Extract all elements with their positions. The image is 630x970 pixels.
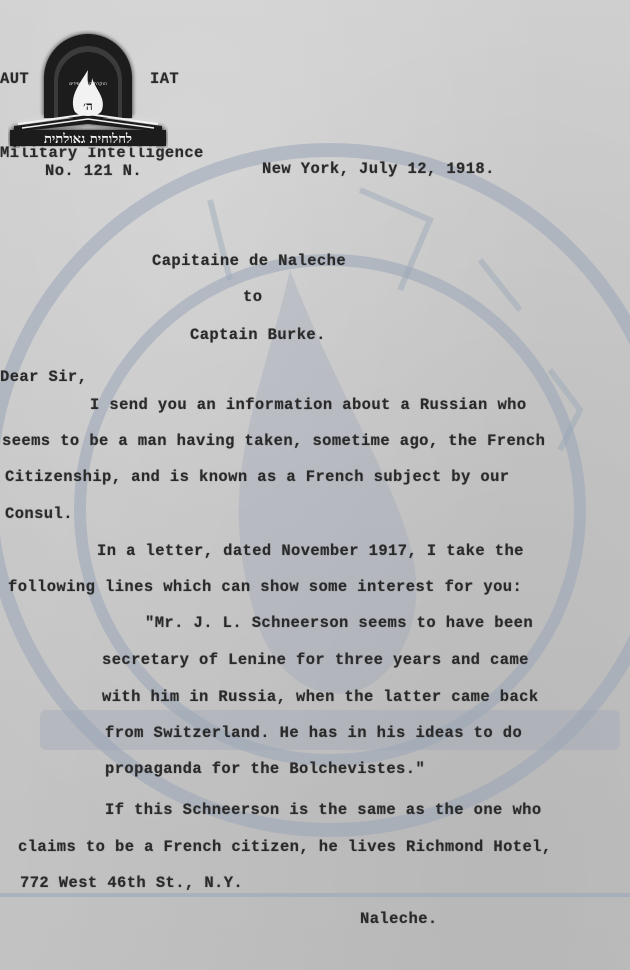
signature: Naleche. — [360, 910, 438, 928]
body-line: seems to be a man having taken, sometime… — [2, 432, 545, 450]
quote-line: "Mr. J. L. Schneerson seems to have been — [145, 614, 533, 632]
fold-line — [0, 893, 630, 897]
quote-line: from Switzerland. He has in his ideas to… — [105, 724, 522, 742]
dateline: New York, July 12, 1918. — [262, 160, 495, 178]
body-line: Citizenship, and is known as a French su… — [5, 468, 509, 486]
body-line: In a letter, dated November 1917, I take… — [97, 542, 524, 560]
closing-line: 772 West 46th St., N.Y. — [20, 874, 243, 892]
letterhead-number: No. 121 N. — [45, 162, 142, 180]
from-line: Capitaine de Naleche — [152, 252, 346, 270]
body-line: following lines which can show some inte… — [8, 578, 522, 596]
quote-line: with him in Russia, when the latter came… — [102, 688, 539, 706]
logo-center-letters: ה׳ — [83, 99, 93, 113]
salutation: Dear Sir, — [0, 368, 87, 386]
closing-line: claims to be a French citizen, he lives … — [18, 838, 552, 856]
body-line: I send you an information about a Russia… — [90, 396, 527, 414]
quote-line: propaganda for the Bolchevistes." — [105, 760, 425, 778]
quote-line: secretary of Lenine for three years and … — [102, 651, 529, 669]
to-line: Captain Burke. — [190, 326, 326, 344]
body-line: Consul. — [5, 505, 73, 523]
logo-hebrew-title: לחלוחית גאולתית — [44, 132, 132, 147]
closing-line: If this Schneerson is the same as the on… — [105, 801, 542, 819]
logo-arc-text: הוקרת בני התמידים — [69, 82, 107, 87]
organization-logo-icon: הוקרת בני התמידים ה׳ לחלוחית גאולתית — [8, 30, 168, 148]
to-word: to — [243, 288, 262, 306]
